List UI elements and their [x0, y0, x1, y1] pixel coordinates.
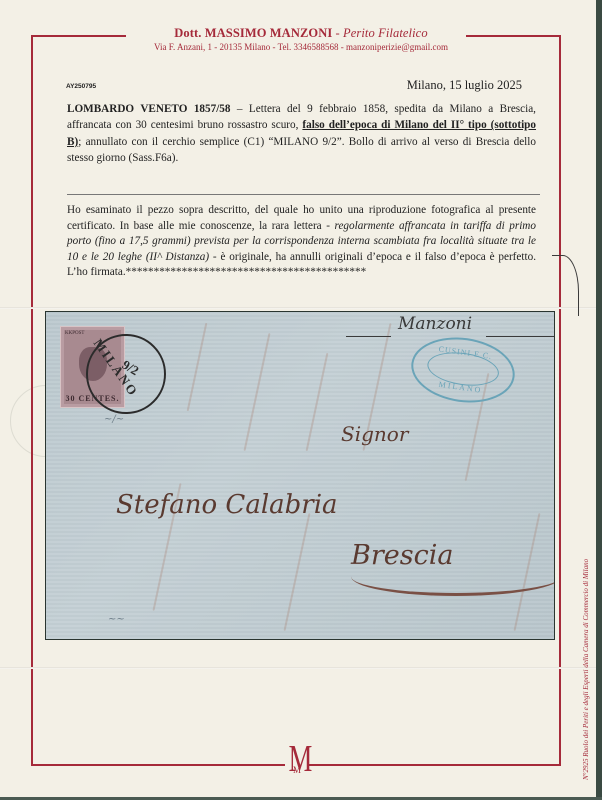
bleed-through-ink	[244, 333, 271, 451]
monogram-small: M	[293, 765, 301, 775]
bleed-through-ink	[187, 323, 208, 411]
bleed-through-ink	[284, 513, 311, 631]
addressee-name: Stefano Calabria	[116, 490, 338, 520]
stamp-top-text: KKPOST	[65, 331, 84, 336]
description-text-b: ; annullato con il cerchio semplice (C1)…	[67, 136, 536, 164]
expert-opinion: Ho esaminato il pezzo sopra descritto, d…	[67, 203, 536, 281]
bleed-through-ink	[306, 353, 329, 451]
expert-signature: Manzoni	[398, 314, 472, 334]
signature-flourish	[552, 255, 579, 316]
item-description: LOMBARDO VENETO 1857/58 – Lettera del 9 …	[67, 101, 536, 167]
description-lead: LOMBARDO VENETO 1857/58	[67, 103, 230, 115]
fold-line-bottom	[0, 667, 596, 669]
expert-name: Dott. MASSIMO MANZONI	[174, 26, 332, 40]
registry-number: N°2925 Ruolo dei Periti e degli Esperti …	[582, 490, 590, 780]
pencil-notation: ~~	[108, 614, 125, 625]
cover-photo: KKPOST 30 CENTES. MILANO 9/2 CUSINI E C.…	[45, 311, 555, 640]
opinion-stars: ****************************************…	[126, 266, 367, 278]
pencil-notation: ~/~	[104, 414, 124, 425]
section-divider	[67, 194, 540, 195]
header-separator: -	[332, 26, 343, 40]
company-oval-stamp: CUSINI E C. MILANO	[407, 331, 519, 409]
expert-title: Perito Filatelico	[343, 26, 428, 40]
addressee-title: Signor	[341, 422, 408, 446]
fold-line-top	[0, 307, 596, 309]
expert-header: Dott. MASSIMO MANZONI - Perito Filatelic…	[0, 26, 602, 41]
signature-line	[346, 336, 391, 337]
certificate-id: AY250795	[66, 83, 96, 90]
signature-line	[486, 336, 555, 337]
place-date: Milano, 15 luglio 2025	[407, 78, 522, 93]
city-underline	[351, 557, 555, 596]
scan-edge-right	[596, 0, 602, 800]
mm-monogram-logo: M M	[285, 741, 309, 783]
expert-address: Via F. Anzani, 1 - 20135 Milano - Tel. 3…	[0, 42, 602, 52]
